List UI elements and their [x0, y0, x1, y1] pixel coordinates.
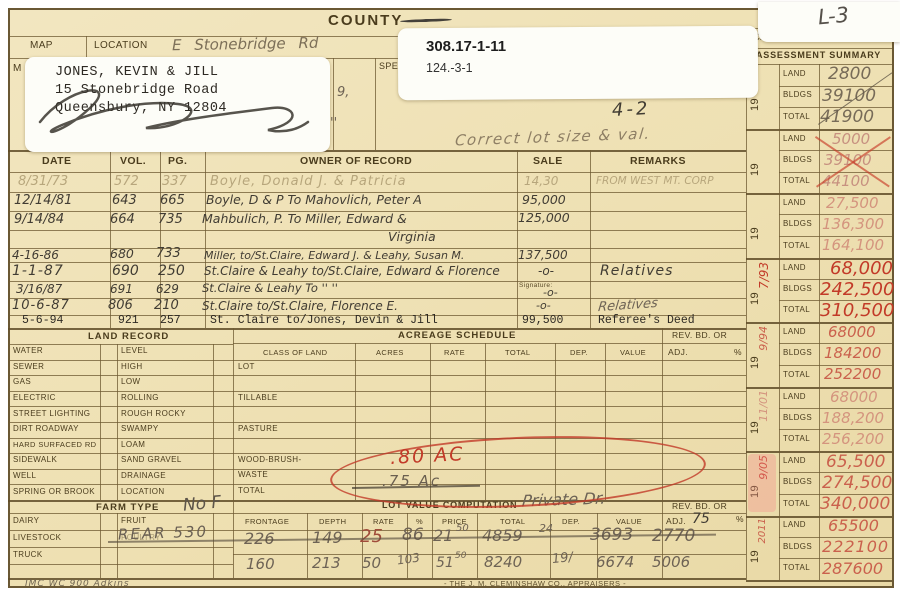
assessment-total: 164,100: [822, 238, 884, 253]
land-record-item: ELECTRIC: [13, 394, 56, 402]
assessment-bldgs: 242,500: [820, 281, 894, 299]
assessment-land: 65,500: [826, 454, 885, 471]
lv2-value: 6674: [596, 555, 634, 570]
land-record-item: DIRT ROADWAY: [13, 425, 79, 433]
land-record-item: SPRING OR BROOK: [13, 488, 95, 496]
land-label: LAND: [783, 457, 806, 465]
rule: [307, 513, 308, 578]
land-record-item: DRAINAGE: [121, 472, 166, 480]
deed-vol: 921: [118, 315, 139, 327]
assessment-total: 310,500: [820, 302, 894, 320]
total-label: TOTAL: [783, 113, 810, 121]
deed-vol: 806: [108, 299, 133, 312]
deed-remarks: Referee's Deed: [598, 315, 695, 327]
year-printed: 19: [750, 550, 761, 563]
total-label: TOTAL: [783, 564, 810, 572]
deed-date: 3/16/87: [16, 283, 62, 295]
rule: [8, 422, 746, 423]
assessment-land: 68000: [830, 390, 878, 405]
land-record-title: LAND RECORD: [88, 332, 169, 342]
rule: [117, 344, 118, 500]
rule: [517, 150, 518, 328]
farm-row-label: LIVESTOCK: [13, 534, 61, 542]
lotvalue-pct-label: %: [736, 515, 744, 524]
lotvalue-adj-label: ADJ.: [666, 517, 686, 526]
deed-owner: St.Claire to/St.Claire, Florence E.: [202, 300, 398, 312]
land-label: LAND: [783, 393, 806, 401]
acreage-row-label: LOT: [238, 363, 255, 371]
land-record-item: HARD SURFACED RD: [13, 441, 97, 449]
rule: [779, 64, 780, 580]
deed-header-sale: SALE: [533, 156, 563, 167]
deed-date: 5-6-94: [22, 315, 63, 327]
map-label: MAP: [30, 41, 53, 51]
lotvalue-col-header: DEPTH: [319, 518, 346, 526]
deed-vol: 572: [114, 175, 139, 188]
deed-date: 10-6-87: [12, 299, 70, 312]
assessment-land: 68,000: [830, 260, 893, 278]
assessment-land: 68000: [828, 325, 876, 340]
rule: [213, 344, 214, 500]
rule: [8, 391, 746, 392]
deed-sale: 99,500: [522, 315, 563, 327]
rule: [86, 36, 87, 58]
lv2-depth: 213: [312, 556, 341, 571]
land-record-item: HIGH: [121, 363, 143, 371]
land-record-item: STREET LIGHTING: [13, 410, 90, 418]
land-record-item: LOCATION: [121, 488, 165, 496]
scanned-assessment-card-page: COUNTY MAP LOCATION E Stonebridge Rd M S…: [0, 0, 900, 596]
rule: [746, 28, 747, 580]
rule: [432, 513, 433, 578]
acreage-title: ACREAGE SCHEDULE: [398, 331, 516, 341]
deed-date: 4-16-86: [12, 249, 59, 261]
deed-header-vol: VOL.: [120, 156, 146, 167]
bldgs-label: BLDGS: [783, 349, 812, 357]
deed-pg: 665: [160, 194, 185, 207]
rule: [8, 172, 746, 173]
deed-vol: 643: [112, 194, 137, 207]
assessment-summary-title: ASSESSMENT SUMMARY: [756, 51, 881, 60]
lv2-pct: 103: [396, 551, 420, 566]
rule: [746, 48, 892, 49]
bldgs-label: BLDGS: [783, 478, 812, 486]
farm-row-label: TRUCK: [13, 551, 43, 559]
rule: [8, 344, 233, 345]
land-record-item: LOAM: [121, 441, 145, 449]
year-note: 9/94: [758, 326, 769, 351]
land-label: LAND: [783, 135, 806, 143]
acreage-col-header: DEP.: [570, 349, 588, 357]
farm-type-title: FARM TYPE: [96, 503, 159, 513]
total-label: TOTAL: [783, 435, 810, 443]
total-label: TOTAL: [783, 371, 810, 379]
assessment-total: 252200: [824, 367, 881, 382]
acreage-row-label: TILLABLE: [238, 394, 278, 402]
deed-header-remarks: REMARKS: [630, 156, 686, 167]
lv2-price-sup: 50: [455, 552, 466, 561]
deed-date: 1-1-87: [12, 264, 64, 278]
map-row2-stub: M: [13, 64, 22, 74]
rule: [100, 513, 101, 578]
farm-row-label: DAIRY: [13, 517, 39, 525]
year-printed: 19: [750, 163, 761, 176]
deed-owner-line2: Virginia: [388, 231, 436, 244]
land-label: LAND: [783, 70, 806, 78]
rule: [8, 513, 746, 514]
parcel-id-alt: 124.-3-1: [426, 62, 473, 75]
land-record-item: ROLLING: [121, 394, 159, 402]
total-label: TOTAL: [783, 306, 810, 314]
deed-vol: 691: [110, 283, 133, 295]
deed-pg: 337: [162, 175, 187, 188]
farm-note-handwriting: No F: [182, 494, 222, 514]
rule: [213, 513, 214, 578]
assessment-land: 2800: [828, 66, 871, 83]
lotvalue-col-header: RATE: [373, 518, 394, 526]
assessment-bldgs: 184200: [824, 346, 881, 361]
rule: [375, 58, 376, 150]
deed-sale: -o-: [543, 287, 558, 298]
deed-vol: 664: [110, 213, 135, 226]
land-label: LAND: [783, 264, 806, 272]
deed-date: 9/14/84: [14, 213, 64, 226]
adj-value-handwriting: 75: [692, 512, 710, 526]
deed-sale: -o-: [538, 265, 554, 277]
acreage-col-header: RATE: [444, 349, 465, 357]
land-record-item: SAND GRAVEL: [121, 456, 182, 464]
deed-owner: Boyle, D & P To Mahovlich, Peter A: [206, 194, 422, 207]
stamp-text: IMC WC 900 Adkins: [25, 580, 130, 586]
assessment-total: 256,200: [822, 432, 884, 447]
acreage-row-label: WASTE: [238, 471, 268, 479]
pen-scribble: [28, 78, 318, 150]
land-record-item: ROUGH ROCKY: [121, 410, 186, 418]
rule: [8, 547, 233, 548]
lv2-adj: 5006: [652, 555, 690, 570]
acreage-col-header: CLASS OF LAND: [263, 349, 327, 357]
assessment-total: 340,000: [820, 496, 890, 513]
deed-date: 12/14/81: [14, 194, 72, 207]
year-note: 2011: [758, 518, 768, 543]
year-printed: 19: [750, 356, 761, 369]
deed-sale: 125,000: [518, 212, 570, 225]
deed-sale: 137,500: [518, 249, 568, 261]
bldgs-label: BLDGS: [783, 91, 812, 99]
bldgs-label: BLDGS: [783, 285, 812, 293]
lv1-adj: 2770: [652, 528, 695, 545]
lotvalue-col-header: FRONTAGE: [245, 518, 289, 526]
land-record-item: WELL: [13, 472, 36, 480]
rule: [8, 375, 746, 376]
deed-owner: St. Claire to/Jones, Devin & Jill: [210, 315, 438, 327]
assessment-land: 5000: [832, 132, 870, 147]
deed-owner: Miller, to/St.Claire, Edward J. & Leahy,…: [204, 250, 464, 261]
land-record-item: LOW: [121, 378, 140, 386]
land-record-item: GAS: [13, 378, 31, 386]
deed-pg: 210: [154, 299, 179, 312]
bldgs-label: BLDGS: [783, 543, 812, 551]
location-value-handwriting: E Stonebridge Rd: [172, 36, 319, 54]
lv1-price-sup: 50: [456, 524, 469, 534]
year-note: 7/93: [758, 262, 770, 289]
acreage-revbd-label: REV. BD. OR: [672, 331, 727, 340]
deed-pg: 735: [158, 213, 183, 226]
acreage-adj-label: ADJ.: [668, 348, 688, 357]
parcel-id: 308.17-1-11: [426, 39, 506, 54]
assessment-land: 27,500: [826, 196, 879, 211]
land-record-item: SEWER: [13, 363, 44, 371]
rule: [8, 360, 746, 361]
card-no-value-handwriting: L-3: [817, 5, 850, 29]
rule: [8, 328, 746, 330]
deed-pg: 250: [158, 264, 185, 278]
pencil-note-9: 9,: [337, 86, 349, 99]
assessment-bldgs: 274,500: [822, 475, 892, 492]
assessment-bldgs: 188,200: [822, 411, 884, 426]
rule: [590, 150, 591, 328]
deed-vol: 690: [112, 264, 139, 278]
rule: [8, 230, 746, 231]
assessment-bldgs: 136,300: [822, 217, 884, 232]
deed-owner: Mahbulich, P. To Miller, Edward &: [202, 213, 407, 226]
land-label: LAND: [783, 521, 806, 529]
rule: [407, 513, 408, 578]
lv2-frontage: 160: [246, 557, 275, 572]
total-label: TOTAL: [783, 500, 810, 508]
lv2-price: 51: [436, 556, 454, 570]
bldgs-label: BLDGS: [783, 156, 812, 164]
deed-pg: 629: [156, 283, 179, 295]
deed-remarks: FROM WEST MT. CORP: [596, 176, 714, 187]
acreage-row-label: PASTURE: [238, 425, 278, 433]
deed-owner: St.Claire & Leahy To '' '': [202, 283, 338, 295]
deed-date: 8/31/73: [18, 175, 68, 188]
deed-header-pg: PG.: [168, 156, 187, 167]
location-label: LOCATION: [94, 41, 148, 51]
year-note: 11/01: [758, 390, 769, 422]
bldgs-label: BLDGS: [783, 414, 812, 422]
deed-header-owner: OWNER OF RECORD: [300, 156, 412, 167]
lotvalue-revbd-label: REV. BD. OR: [672, 502, 727, 511]
acreage-row-label: WOOD-BRUSH-: [238, 456, 302, 464]
acreage-col-header: ACRES: [376, 349, 404, 357]
stamp-clip: IMC WC 900 Adkins: [8, 578, 308, 586]
acreage-row-label: TOTAL: [238, 487, 265, 495]
deed-sale: -o-: [536, 300, 551, 311]
deed-owner: Boyle, Donald J. & Patricia: [210, 175, 407, 188]
year-printed: 19: [750, 98, 761, 111]
lv2-rate: 50: [362, 556, 381, 571]
deed-sale: 95,000: [522, 194, 566, 207]
acreage-col-header: TOTAL: [505, 349, 530, 357]
deed-pg: 257: [160, 315, 181, 327]
lv1-dep-sup: 24: [539, 523, 553, 534]
rule: [746, 580, 892, 582]
total-label: TOTAL: [783, 242, 810, 250]
rule: [477, 513, 478, 578]
land-label: LAND: [783, 199, 806, 207]
land-record-item: LEVEL: [121, 347, 148, 355]
land-record-item: WATER: [13, 347, 43, 355]
lv1-pct: 86: [402, 527, 424, 544]
total-label: TOTAL: [783, 177, 810, 185]
deed-header-date: DATE: [42, 156, 71, 167]
pencil-tick: '': [330, 117, 337, 130]
deed-remarks: Relatives: [600, 264, 673, 278]
assessment-bldgs: 222100: [822, 539, 889, 555]
year-printed: 19: [750, 421, 761, 434]
lotvalue-col-header: TOTAL: [500, 518, 525, 526]
lotvalue-col-header: DEP.: [562, 518, 580, 526]
pencil-note-lot: 4-2: [612, 100, 651, 120]
land-record-item: SIDEWALK: [13, 456, 57, 464]
acreage-col-header: VALUE: [620, 349, 646, 357]
rule: [233, 343, 746, 344]
bldgs-label: BLDGS: [783, 220, 812, 228]
land-record-item: SWAMPY: [121, 425, 159, 433]
land-label: LAND: [783, 328, 806, 336]
rule: [333, 58, 334, 150]
deed-vol: 680: [110, 248, 134, 261]
lv2-dep: 19/: [551, 551, 573, 566]
year-printed: 19: [750, 227, 761, 240]
deed-owner: St.Claire & Leahy to/St.Claire, Edward &…: [204, 265, 500, 277]
rule: [100, 344, 101, 500]
year-printed: 19: [750, 292, 761, 305]
county-title: COUNTY: [328, 13, 403, 28]
acreage-pct-label: %: [734, 348, 742, 357]
rule: [117, 513, 118, 578]
assessment-land: 65500: [828, 518, 879, 534]
appraiser-credit: - THE J. M. CLEMINSHAW CO., APPRAISERS -: [444, 580, 626, 588]
deed-sale: 14,30: [524, 175, 558, 187]
assessment-total: 287600: [822, 561, 883, 577]
pink-highlight: [748, 454, 776, 512]
lv2-total: 8240: [484, 555, 522, 570]
rule: [8, 564, 233, 565]
deed-pg: 733: [156, 247, 181, 260]
rule: [8, 406, 746, 407]
